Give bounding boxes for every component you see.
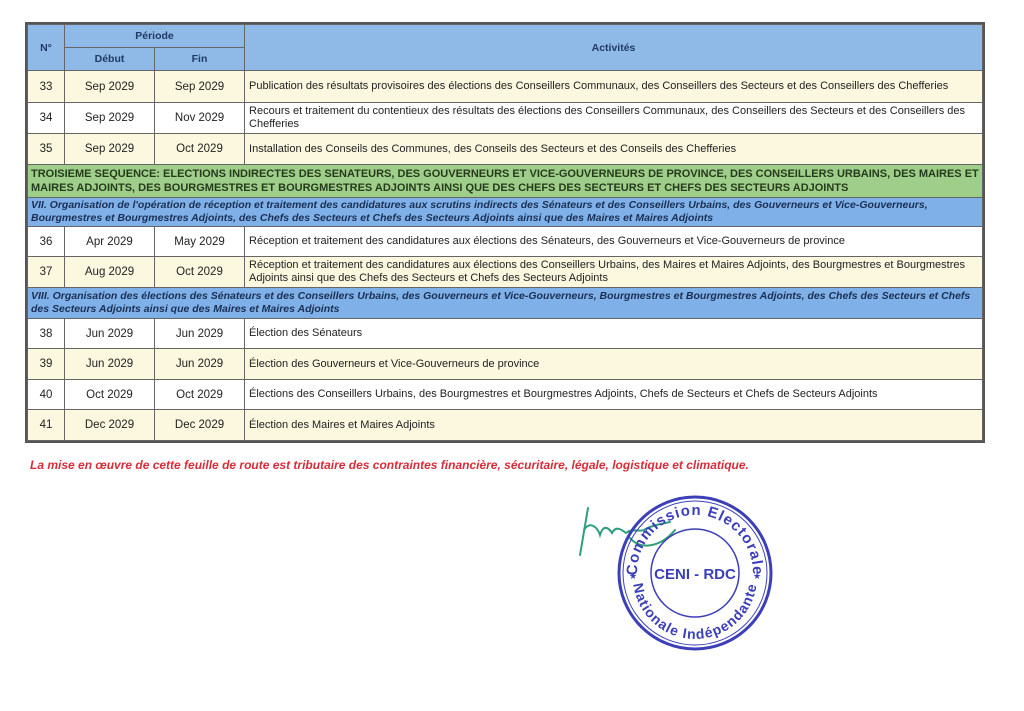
table-row: 40Oct 2029Oct 2029Élections des Conseill… (28, 380, 983, 410)
header-period: Période (65, 25, 245, 48)
row-start: Sep 2029 (65, 134, 155, 165)
stamp-center-text: CENI - RDC (654, 566, 736, 583)
row-number: 40 (28, 380, 65, 410)
header-number: N° (28, 25, 65, 71)
row-number: 36 (28, 227, 65, 257)
star-icon: ★ (753, 571, 761, 581)
row-number: 41 (28, 410, 65, 441)
row-end: Sep 2029 (155, 71, 245, 103)
header-end: Fin (155, 48, 245, 71)
row-start: Aug 2029 (65, 257, 155, 288)
table-row: 37Aug 2029Oct 2029Réception et traitemen… (28, 257, 983, 288)
row-end: Jun 2029 (155, 349, 245, 380)
table-row: 38Jun 2029Jun 2029Élection des Sénateurs (28, 319, 983, 349)
row-end: May 2029 (155, 227, 245, 257)
table-row: 36Apr 2029May 2029Réception et traitemen… (28, 227, 983, 257)
row-number: 33 (28, 71, 65, 103)
row-activity: Élection des Maires et Maires Adjoints (245, 410, 983, 441)
row-start: Sep 2029 (65, 71, 155, 103)
section-vii-title: VII. Organisation de l'opération de réce… (28, 198, 983, 227)
row-activity: Recours et traitement du contentieux des… (245, 103, 983, 134)
svg-text:Commission Electorale: Commission Electorale (624, 502, 766, 576)
row-end: Dec 2029 (155, 410, 245, 441)
row-number: 35 (28, 134, 65, 165)
table-row: 39Jun 2029Jun 2029Élection des Gouverneu… (28, 349, 983, 380)
row-end: Nov 2029 (155, 103, 245, 134)
row-activity: Publication des résultats provisoires de… (245, 71, 983, 103)
sequence-title: TROISIEME SEQUENCE: ELECTIONS INDIRECTES… (28, 165, 983, 198)
row-activity: Élection des Gouverneurs et Vice-Gouvern… (245, 349, 983, 380)
row-start: Apr 2029 (65, 227, 155, 257)
row-activity: Élections des Conseillers Urbains, des B… (245, 380, 983, 410)
row-number: 39 (28, 349, 65, 380)
roadmap-table: N° Période Activités Début Fin 33Sep 202… (25, 22, 985, 443)
row-start: Jun 2029 (65, 349, 155, 380)
row-start: Jun 2029 (65, 319, 155, 349)
table-row: 34Sep 2029Nov 2029Recours et traitement … (28, 103, 983, 134)
row-number: 38 (28, 319, 65, 349)
row-start: Sep 2029 (65, 103, 155, 134)
sequence-title-row: TROISIEME SEQUENCE: ELECTIONS INDIRECTES… (28, 165, 983, 198)
row-start: Dec 2029 (65, 410, 155, 441)
header-activities: Activités (245, 25, 983, 71)
official-stamp: Commission Electorale Nationale Indépend… (615, 493, 775, 653)
row-activity: Réception et traitement des candidatures… (245, 227, 983, 257)
section-vii-row: VII. Organisation de l'opération de réce… (28, 198, 983, 227)
row-number: 37 (28, 257, 65, 288)
row-end: Oct 2029 (155, 257, 245, 288)
row-activity: Élection des Sénateurs (245, 319, 983, 349)
row-activity: Installation des Conseils des Communes, … (245, 134, 983, 165)
stamp-top-text: Commission Electorale (624, 502, 766, 576)
header-start: Début (65, 48, 155, 71)
row-end: Oct 2029 (155, 134, 245, 165)
row-start: Oct 2029 (65, 380, 155, 410)
section-viii-title: VIII. Organisation des élections des Sén… (28, 288, 983, 319)
row-end: Jun 2029 (155, 319, 245, 349)
table-row: 33Sep 2029Sep 2029Publication des résult… (28, 71, 983, 103)
footer-note: La mise en œuvre de cette feuille de rou… (30, 458, 749, 472)
row-activity: Réception et traitement des candidatures… (245, 257, 983, 288)
table-row: 41Dec 2029Dec 2029Élection des Maires et… (28, 410, 983, 441)
star-icon: ★ (629, 571, 637, 581)
section-viii-row: VIII. Organisation des élections des Sén… (28, 288, 983, 319)
row-end: Oct 2029 (155, 380, 245, 410)
table-row: 35Sep 2029Oct 2029Installation des Conse… (28, 134, 983, 165)
row-number: 34 (28, 103, 65, 134)
